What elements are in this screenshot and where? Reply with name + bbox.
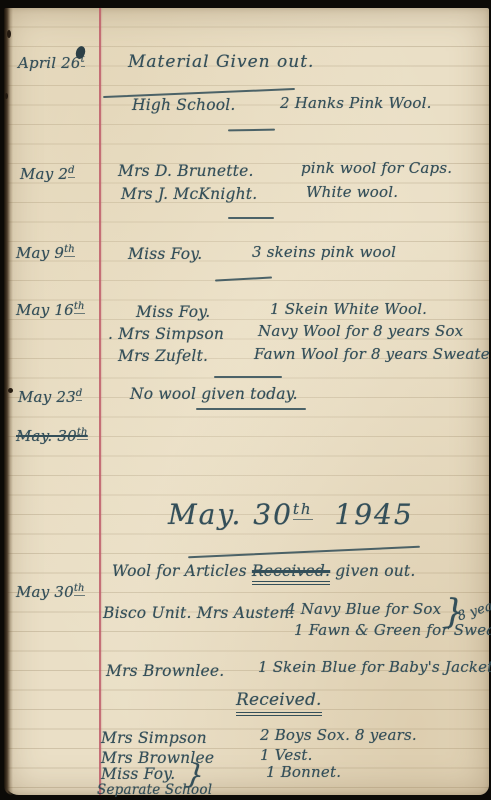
date-text: April 26 (18, 54, 81, 72)
ledger-page: April 26t Material Given out. High Schoo… (0, 0, 491, 800)
intro-suffix: given out. (330, 562, 415, 580)
struck-text: Received. (252, 562, 330, 580)
crossed-out-word: Received. (252, 562, 330, 585)
material-detail: 1 Skein Blue for Baby's Jacket. (258, 659, 491, 676)
entry-date-april: April 26t (18, 54, 85, 72)
section-title-material-given-out: Material Given out. (128, 53, 314, 72)
material-detail: Navy Wool for 8 years Sox (258, 323, 463, 340)
heading-date-text: May. 30 (168, 498, 293, 531)
section-divider-dash (228, 217, 274, 219)
recipient-name: . Mrs Simpson (108, 326, 224, 343)
date-text: May 23 (18, 388, 76, 406)
material-detail: 3 skeins pink wool (252, 244, 396, 261)
material-detail: 1 Skein White Wool. (270, 301, 427, 318)
recipient-name: Mrs D. Brunette. (118, 163, 254, 180)
entry-date-may30: May 30th (16, 583, 85, 601)
intro-prefix: Wool for Articles (112, 562, 252, 580)
material-detail: Fawn Wool for 8 years Sweater (254, 346, 491, 363)
material-detail: White wool. (306, 184, 398, 201)
date-superscript: d (76, 388, 83, 401)
red-margin-line (99, 8, 101, 795)
entry-date-may30-struck: May. 30th (16, 427, 88, 445)
date-superscript: th (74, 583, 85, 596)
recipient-name: Miss Foy. (128, 246, 202, 263)
material-detail: pink wool for Caps. (301, 160, 452, 177)
received-item: 1 Vest. (260, 747, 313, 764)
material-detail: 2 Hanks Pink Wool. (280, 95, 432, 112)
entry-date-may2: May 2d (20, 165, 75, 183)
received-heading: Received. (236, 691, 322, 716)
date-text: May 2 (20, 165, 68, 183)
date-text: May 9 (16, 244, 64, 262)
recipient-name: Mrs Zufelt. (118, 348, 208, 365)
note-underline (196, 408, 306, 410)
entry-date-may16: May 16th (16, 301, 85, 319)
ink-speck (5, 93, 8, 99)
no-wool-note: No wool given today. (130, 386, 298, 403)
recipient-name: Mrs Brownlee. (106, 663, 224, 680)
section-divider-dash (214, 376, 282, 378)
ink-speck (8, 388, 13, 393)
entry-date-may9: May 9th (16, 244, 75, 262)
heading-superscript: th (293, 500, 313, 520)
wool-given-out-line: Wool for Articles Received. given out. (112, 563, 415, 580)
received-item: 1 Bonnet. (266, 764, 341, 781)
date-superscript: th (74, 301, 85, 314)
recipient-name-bisco: Bisco Unit. Mrs Austen. (103, 605, 295, 622)
recipient-name: High School. (132, 97, 236, 114)
page-heading-date: May. 30th 1945 (168, 500, 414, 531)
received-item: 2 Boys Sox. 8 years. (260, 727, 417, 744)
recipient-name: Mrs J. McKnight. (121, 186, 257, 203)
recipient-name: Miss Foy. (136, 304, 210, 321)
recipient-name: Miss Foy. (101, 766, 175, 783)
material-detail: 4 Navy Blue for Sox (286, 601, 441, 618)
recipient-name: Mrs Simpson (101, 730, 207, 747)
entry-date-may23: May 23d (18, 388, 82, 406)
date-text: May 16 (16, 301, 74, 319)
ink-speck (7, 30, 11, 38)
date-text: May 30 (16, 583, 74, 601)
date-superscript: th (64, 244, 75, 257)
binding-edge (4, 8, 13, 795)
heading-year: 1945 (334, 498, 413, 531)
date-text: May. 30 (16, 427, 77, 445)
date-superscript: d (68, 165, 75, 178)
date-superscript: th (77, 427, 88, 440)
